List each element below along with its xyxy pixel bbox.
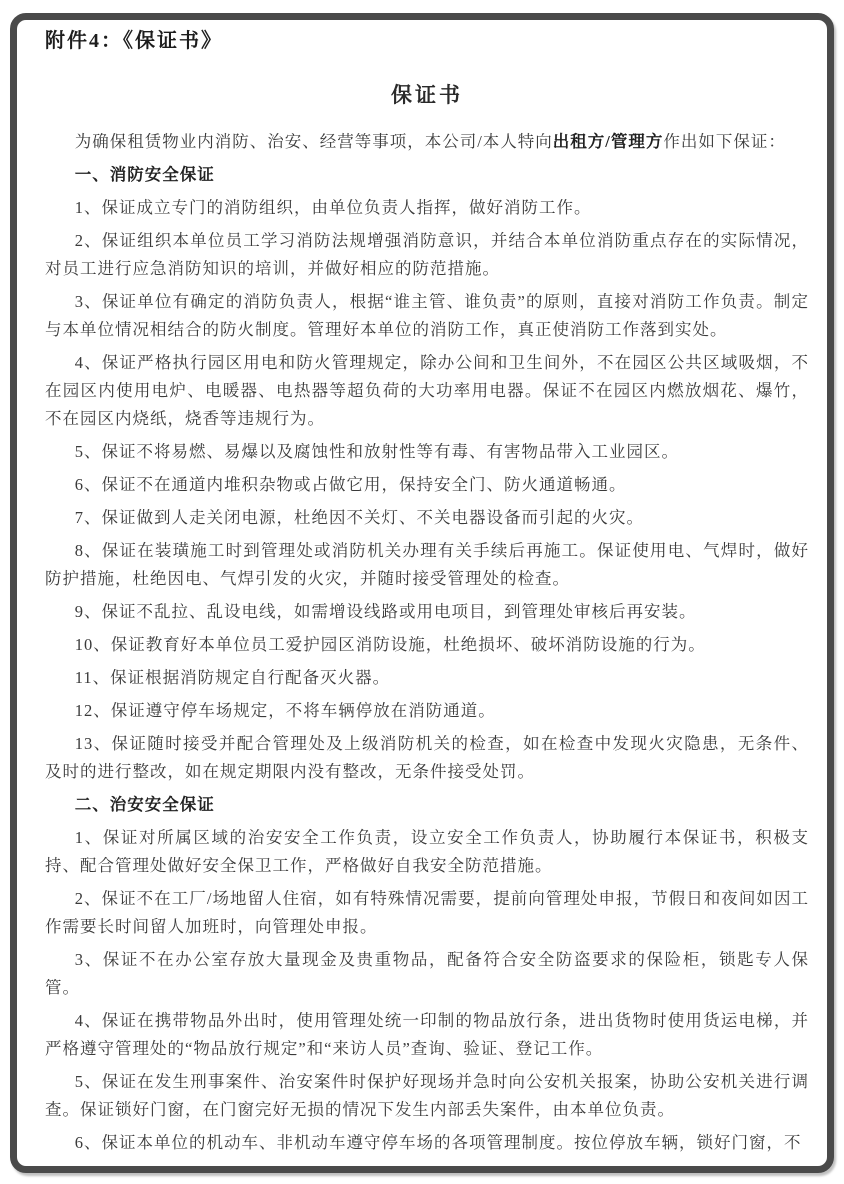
guarantee-item: 5、保证在发生刑事案件、治安案件时保护好现场并急时向公安机关报案，协助公安机关进… [45, 1068, 809, 1124]
guarantee-item: 5、保证不将易燃、易爆以及腐蚀性和放射性等有毒、有害物品带入工业园区。 [45, 438, 809, 466]
guarantee-item: 6、保证本单位的机动车、非机动车遵守停车场的各项管理制度。按位停放车辆，锁好门窗… [45, 1129, 809, 1157]
attachment-label: 附件4：《保证书》 [45, 28, 809, 54]
intro-text-post: 作出如下保证： [663, 132, 786, 151]
document-page: 附件4：《保证书》 保证书 为确保租赁物业内消防、治安、经营等事项，本公司/本人… [10, 13, 834, 1173]
guarantee-item: 4、保证严格执行园区用电和防火管理规定，除办公间和卫生间外，不在园区公共区域吸烟… [45, 349, 809, 433]
page-title: 保证书 [45, 82, 809, 108]
guarantee-item: 3、保证单位有确定的消防负责人，根据“谁主管、谁负责”的原则，直接对消防工作负责… [45, 288, 809, 344]
guarantee-item: 4、保证在携带物品外出时，使用管理处统一印制的物品放行条，进出货物时使用货运电梯… [45, 1007, 809, 1063]
guarantee-item: 12、保证遵守停车场规定，不将车辆停放在消防通道。 [45, 697, 809, 725]
guarantee-item: 3、保证不在办公室存放大量现金及贵重物品，配备符合安全防盗要求的保险柜，锁匙专人… [45, 946, 809, 1002]
guarantee-item: 7、保证做到人走关闭电源，杜绝因不关灯、不关电器设备而引起的火灾。 [45, 504, 809, 532]
intro-text-pre: 为确保租赁物业内消防、治安、经营等事项，本公司/本人特向 [75, 132, 553, 151]
guarantee-item: 13、保证随时接受并配合管理处及上级消防机关的检查，如在检查中发现火灾隐患，无条… [45, 730, 809, 786]
guarantee-item: 2、保证组织本单位员工学习消防法规增强消防意识，并结合本单位消防重点存在的实际情… [45, 227, 809, 283]
document-body: 为确保租赁物业内消防、治安、经营等事项，本公司/本人特向出租方/管理方作出如下保… [45, 128, 809, 1157]
section-heading-public-security: 二、治安安全保证 [45, 791, 809, 819]
guarantee-item: 2、保证不在工厂/场地留人住宿，如有特殊情况需要，提前向管理处申报，节假日和夜间… [45, 885, 809, 941]
guarantee-item: 1、保证成立专门的消防组织，由单位负责人指挥，做好消防工作。 [45, 194, 809, 222]
guarantee-item: 6、保证不在通道内堆积杂物或占做它用，保持安全门、防火通道畅通。 [45, 471, 809, 499]
intro-paragraph: 为确保租赁物业内消防、治安、经营等事项，本公司/本人特向出租方/管理方作出如下保… [45, 128, 809, 156]
section-heading-fire-safety: 一、消防安全保证 [45, 161, 809, 189]
intro-text-bold: 出租方/管理方 [553, 132, 664, 151]
guarantee-item: 1、保证对所属区域的治安安全工作负责，设立安全工作负责人，协助履行本保证书，积极… [45, 824, 809, 880]
guarantee-item: 11、保证根据消防规定自行配备灭火器。 [45, 664, 809, 692]
guarantee-item: 9、保证不乱拉、乱设电线，如需增设线路或用电项目，到管理处审核后再安装。 [45, 598, 809, 626]
guarantee-item: 8、保证在装璜施工时到管理处或消防机关办理有关手续后再施工。保证使用电、气焊时，… [45, 537, 809, 593]
guarantee-item: 10、保证教育好本单位员工爱护园区消防设施，杜绝损坏、破坏消防设施的行为。 [45, 631, 809, 659]
